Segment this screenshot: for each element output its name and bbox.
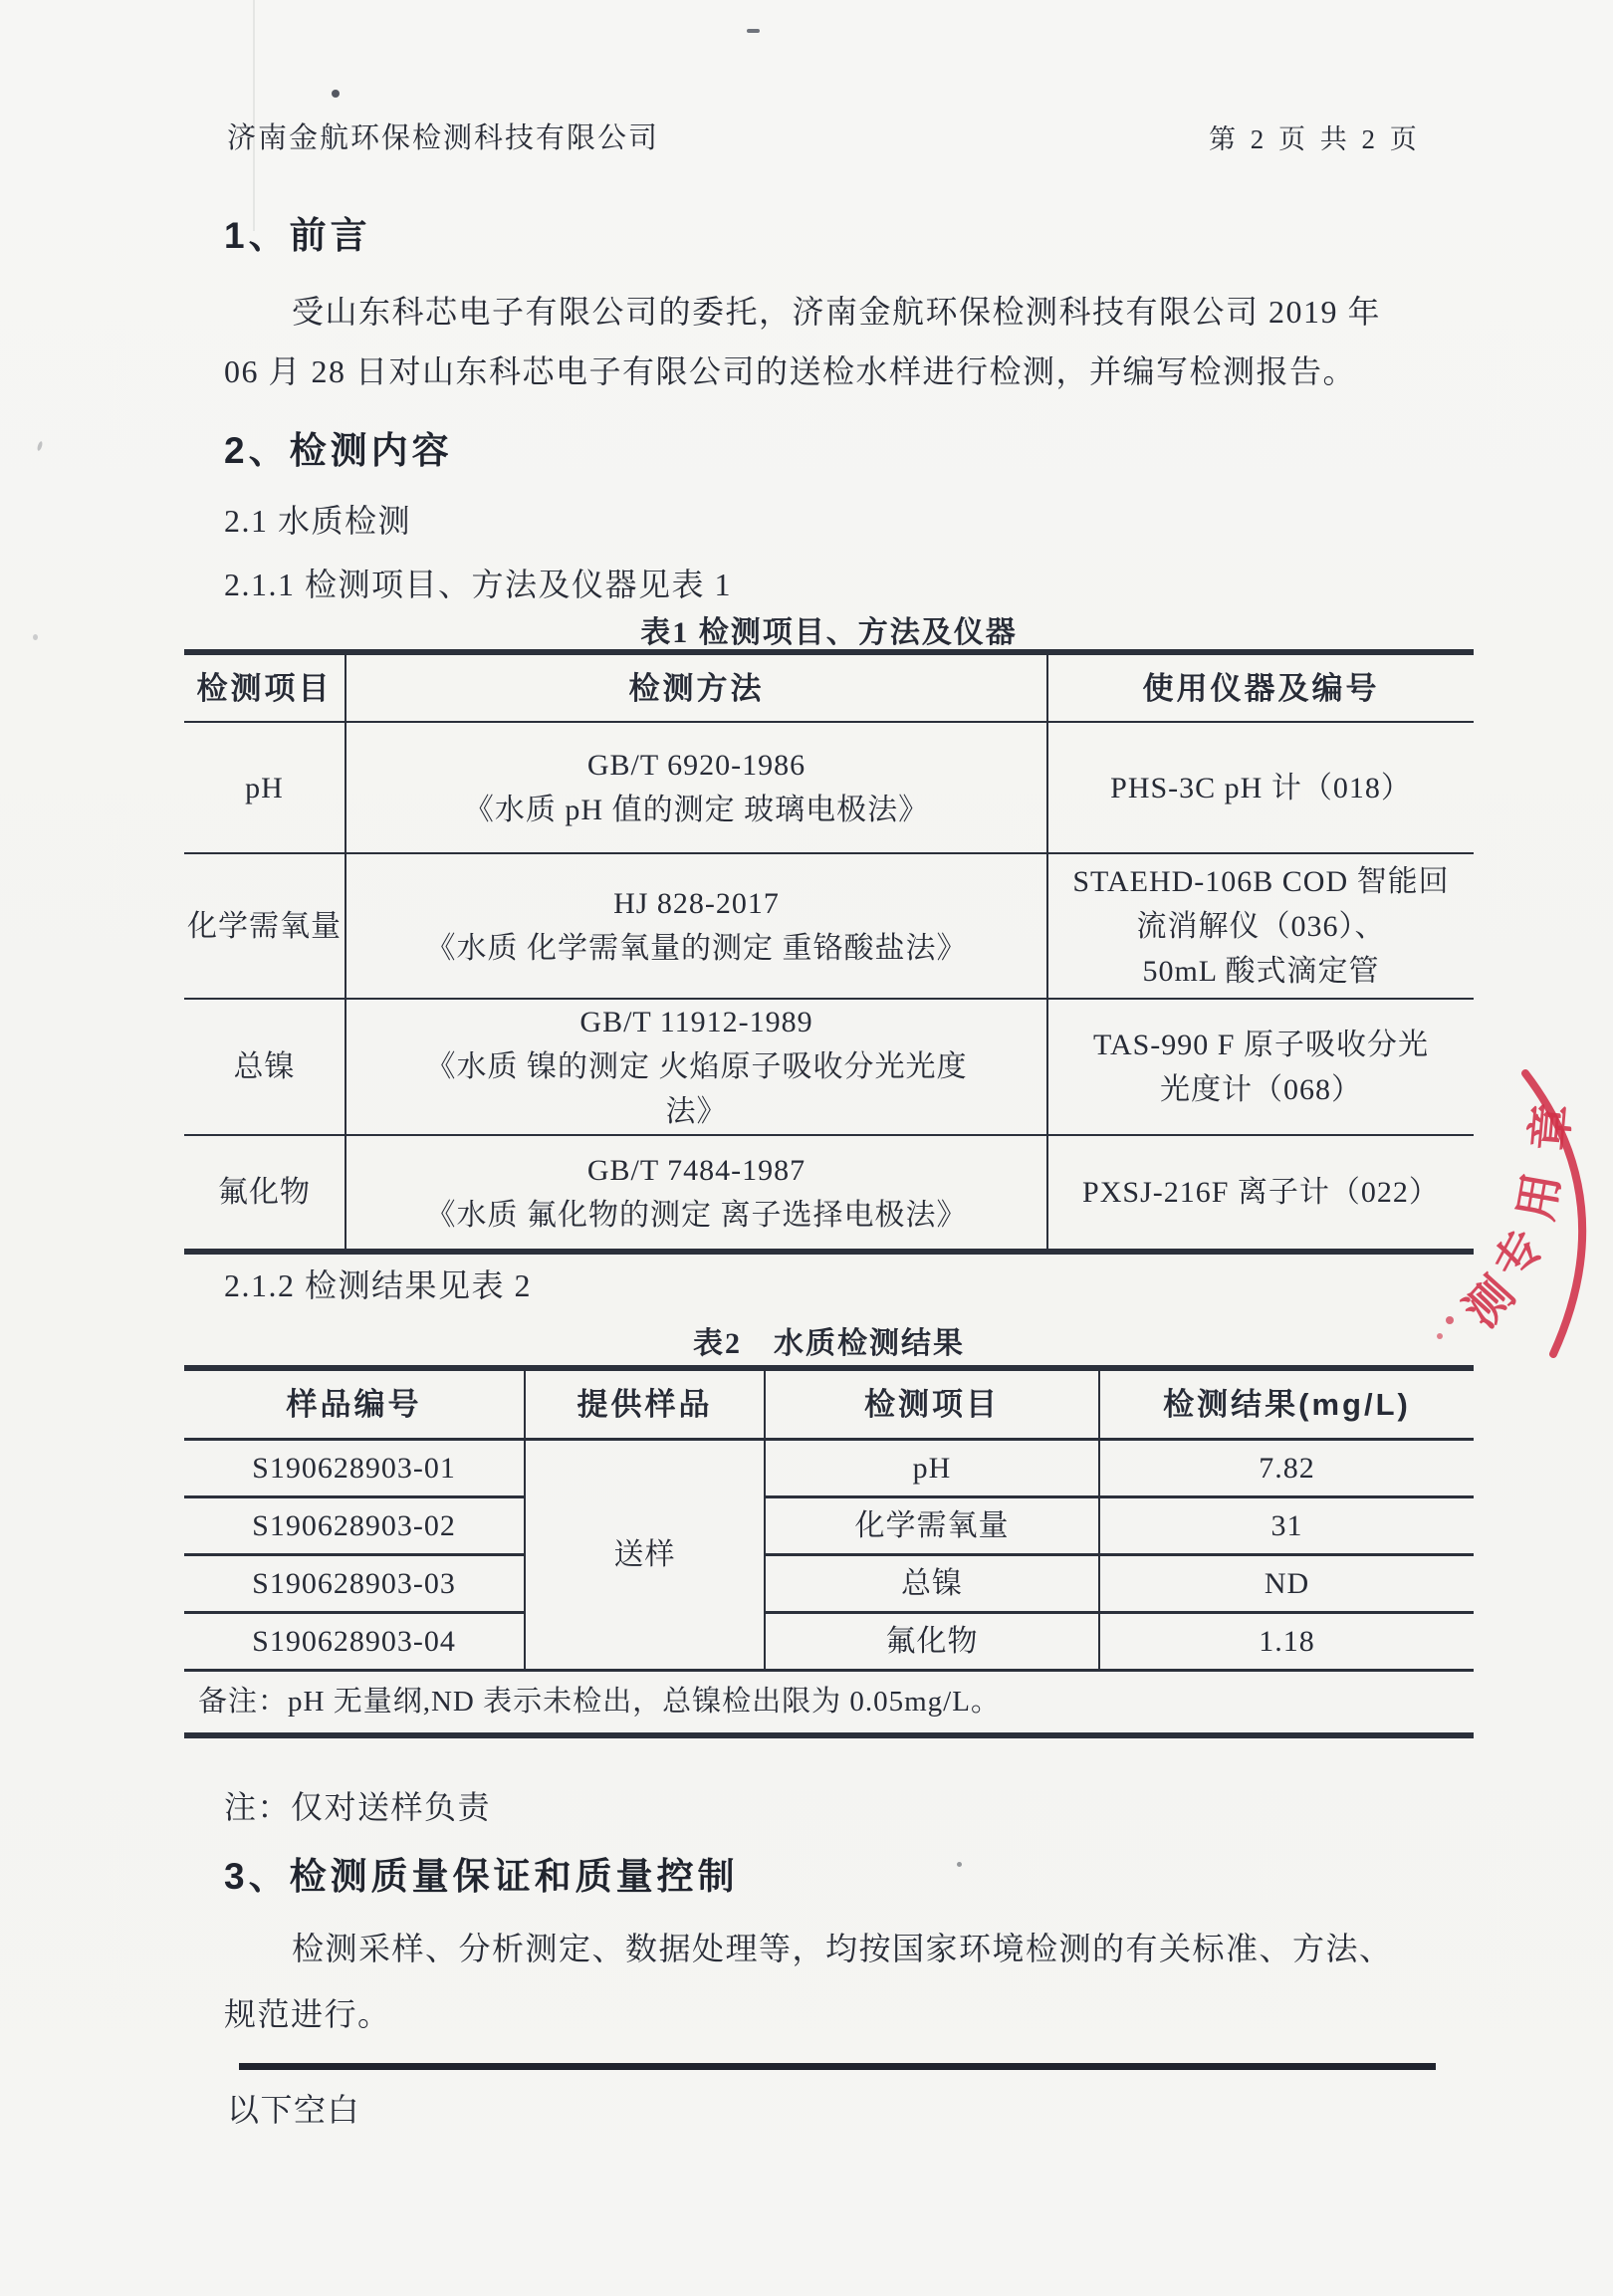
- table1-header-row: 检测项目 检测方法 使用仪器及编号: [184, 652, 1474, 722]
- table1-header-instrument: 使用仪器及编号: [1047, 652, 1474, 722]
- item-cell: pH: [184, 722, 346, 853]
- method-line: 《水质 化学需氧量的测定 重铬酸盐法》: [346, 926, 1046, 971]
- content-heading: 2、检测内容: [224, 420, 453, 474]
- table2-row-3: S190628903-03 总镍 ND: [184, 1554, 1474, 1612]
- table2-header-sample-id: 样品编号: [184, 1368, 525, 1439]
- item-cell: 氟化物: [184, 1135, 346, 1252]
- instrument-line: 50mL 酸式滴定管: [1048, 949, 1474, 994]
- sample-id-cell: S190628903-03: [184, 1554, 525, 1612]
- stamp-char: 用: [1510, 1170, 1569, 1225]
- preface-line-2: 06 月 28 日对山东科芯电子有限公司的送检水样进行检测，并编写检测报告。: [224, 346, 1356, 392]
- table1-caption: 表1 检测项目、方法及仪器: [184, 607, 1474, 651]
- qa-heading: 3、检测质量保证和质量控制: [224, 1846, 739, 1900]
- responsibility-note: 注：仅对送样负责: [224, 1782, 491, 1828]
- result-cell: ND: [1099, 1554, 1474, 1612]
- table-methods-instruments: 检测项目 检测方法 使用仪器及编号 pH GB/T 6920-1986 《水质 …: [184, 649, 1474, 1255]
- scan-artifact-dot: [332, 90, 340, 98]
- stamp-arc: [1525, 1073, 1582, 1354]
- method-cell: HJ 828-2017 《水质 化学需氧量的测定 重铬酸盐法》: [346, 853, 1047, 999]
- table1-row-ph: pH GB/T 6920-1986 《水质 pH 值的测定 玻璃电极法》 PHS…: [184, 722, 1474, 853]
- table2-header-sample-type: 提供样品: [525, 1368, 765, 1439]
- item-cell: 总镍: [765, 1554, 1099, 1612]
- table1-header-item: 检测项目: [184, 652, 346, 722]
- table2-header-result: 检测结果(mg/L): [1099, 1368, 1474, 1439]
- method-cell: GB/T 6920-1986 《水质 pH 值的测定 玻璃电极法》: [346, 722, 1047, 853]
- method-line: GB/T 7484-1987: [346, 1148, 1046, 1193]
- stamp-char: 专: [1487, 1223, 1554, 1288]
- instrument-line: PXSJ-216F 离子计（022）: [1048, 1170, 1474, 1215]
- result-cell: 7.82: [1099, 1439, 1474, 1496]
- item-cell: 总镍: [184, 999, 346, 1135]
- instrument-cell: PXSJ-216F 离子计（022）: [1047, 1135, 1474, 1252]
- scan-artifact-mark: [33, 634, 38, 640]
- sample-id-cell: S190628903-04: [184, 1612, 525, 1670]
- instrument-line: PHS-3C pH 计（018）: [1048, 766, 1474, 810]
- method-line: 《水质 pH 值的测定 玻璃电极法》: [346, 788, 1046, 832]
- sample-type-merged-cell: 送样: [525, 1439, 765, 1670]
- scanned-report-page: 济南金航环保检测科技有限公司 第 2 页 共 2 页 1、前言 受山东科芯电子有…: [0, 0, 1613, 2296]
- item-cell: 化学需氧量: [184, 853, 346, 999]
- method-line: 法》: [346, 1089, 1046, 1134]
- method-cell: GB/T 11912-1989 《水质 镍的测定 火焰原子吸收分光光度 法》: [346, 999, 1047, 1135]
- table2-header-item: 检测项目: [765, 1368, 1099, 1439]
- instrument-line: TAS-990 F 原子吸收分光: [1048, 1023, 1474, 1067]
- table2-remark-row: 备注：pH 无量纲,ND 表示未检出，总镍检出限为 0.05mg/L。: [184, 1670, 1474, 1735]
- subsection-results: 2.1.2 检测结果见表 2: [224, 1261, 532, 1306]
- scan-artifact-mark: [37, 441, 44, 452]
- qa-line-1: 检测采样、分析测定、数据处理等，均按国家环境检测的有关标准、方法、: [292, 1924, 1393, 1969]
- method-line: GB/T 11912-1989: [346, 1000, 1046, 1044]
- qa-line-2: 规范进行。: [224, 1989, 391, 2035]
- end-rule: [239, 2063, 1436, 2070]
- blank-below-note: 以下空白: [227, 2085, 360, 2131]
- table1-row-fluoride: 氟化物 GB/T 7484-1987 《水质 氟化物的测定 离子选择电极法》 P…: [184, 1135, 1474, 1252]
- table1-row-nickel: 总镍 GB/T 11912-1989 《水质 镍的测定 火焰原子吸收分光光度 法…: [184, 999, 1474, 1135]
- table2-caption: 表2 水质检测结果: [184, 1318, 1474, 1362]
- preface-heading: 1、前言: [224, 205, 371, 259]
- instrument-cell: TAS-990 F 原子吸收分光 光度计（068）: [1047, 999, 1474, 1135]
- subsection-water-quality: 2.1 水质检测: [224, 496, 411, 542]
- table-water-results: 样品编号 提供样品 检测项目 检测结果(mg/L) S190628903-01 …: [184, 1365, 1474, 1738]
- instrument-cell: STAEHD-106B COD 智能回 流消解仪（036）、 50mL 酸式滴定…: [1047, 853, 1474, 999]
- result-cell: 1.18: [1099, 1612, 1474, 1670]
- table1-header-method: 检测方法: [346, 652, 1047, 722]
- header-company-name: 济南金航环保检测科技有限公司: [227, 115, 659, 156]
- instrument-line: 流消解仪（036）、: [1048, 904, 1474, 949]
- header-page-number: 第 2 页 共 2 页: [1209, 117, 1421, 156]
- scan-artifact-dash: [747, 29, 760, 33]
- method-line: 《水质 镍的测定 火焰原子吸收分光光度: [346, 1044, 1046, 1089]
- remark-cell: 备注：pH 无量纲,ND 表示未检出，总镍检出限为 0.05mg/L。: [184, 1670, 1474, 1735]
- item-cell: 氟化物: [765, 1612, 1099, 1670]
- sample-id-cell: S190628903-02: [184, 1496, 525, 1554]
- table2-header-row: 样品编号 提供样品 检测项目 检测结果(mg/L): [184, 1368, 1474, 1439]
- instrument-cell: PHS-3C pH 计（018）: [1047, 722, 1474, 853]
- method-line: HJ 828-2017: [346, 881, 1046, 926]
- item-cell: pH: [765, 1439, 1099, 1496]
- preface-line-1: 受山东科芯电子有限公司的委托，济南金航环保检测科技有限公司 2019 年: [292, 287, 1381, 333]
- method-line: 《水质 氟化物的测定 离子选择电极法》: [346, 1193, 1046, 1238]
- table2-row-4: S190628903-04 氟化物 1.18: [184, 1612, 1474, 1670]
- scan-artifact-dot: [957, 1862, 962, 1867]
- subsection-items-methods: 2.1.1 检测项目、方法及仪器见表 1: [224, 560, 732, 605]
- table1-row-cod: 化学需氧量 HJ 828-2017 《水质 化学需氧量的测定 重铬酸盐法》 ST…: [184, 853, 1474, 999]
- method-line: GB/T 6920-1986: [346, 743, 1046, 788]
- stamp-char: 章: [1523, 1101, 1580, 1152]
- result-cell: 31: [1099, 1496, 1474, 1554]
- instrument-line: STAEHD-106B COD 智能回: [1048, 859, 1474, 904]
- instrument-line: 光度计（068）: [1048, 1067, 1474, 1112]
- sample-id-cell: S190628903-01: [184, 1439, 525, 1496]
- item-cell: 化学需氧量: [765, 1496, 1099, 1554]
- table2-row-2: S190628903-02 化学需氧量 31: [184, 1496, 1474, 1554]
- method-cell: GB/T 7484-1987 《水质 氟化物的测定 离子选择电极法》: [346, 1135, 1047, 1252]
- table2-row-1: S190628903-01 送样 pH 7.82: [184, 1439, 1474, 1496]
